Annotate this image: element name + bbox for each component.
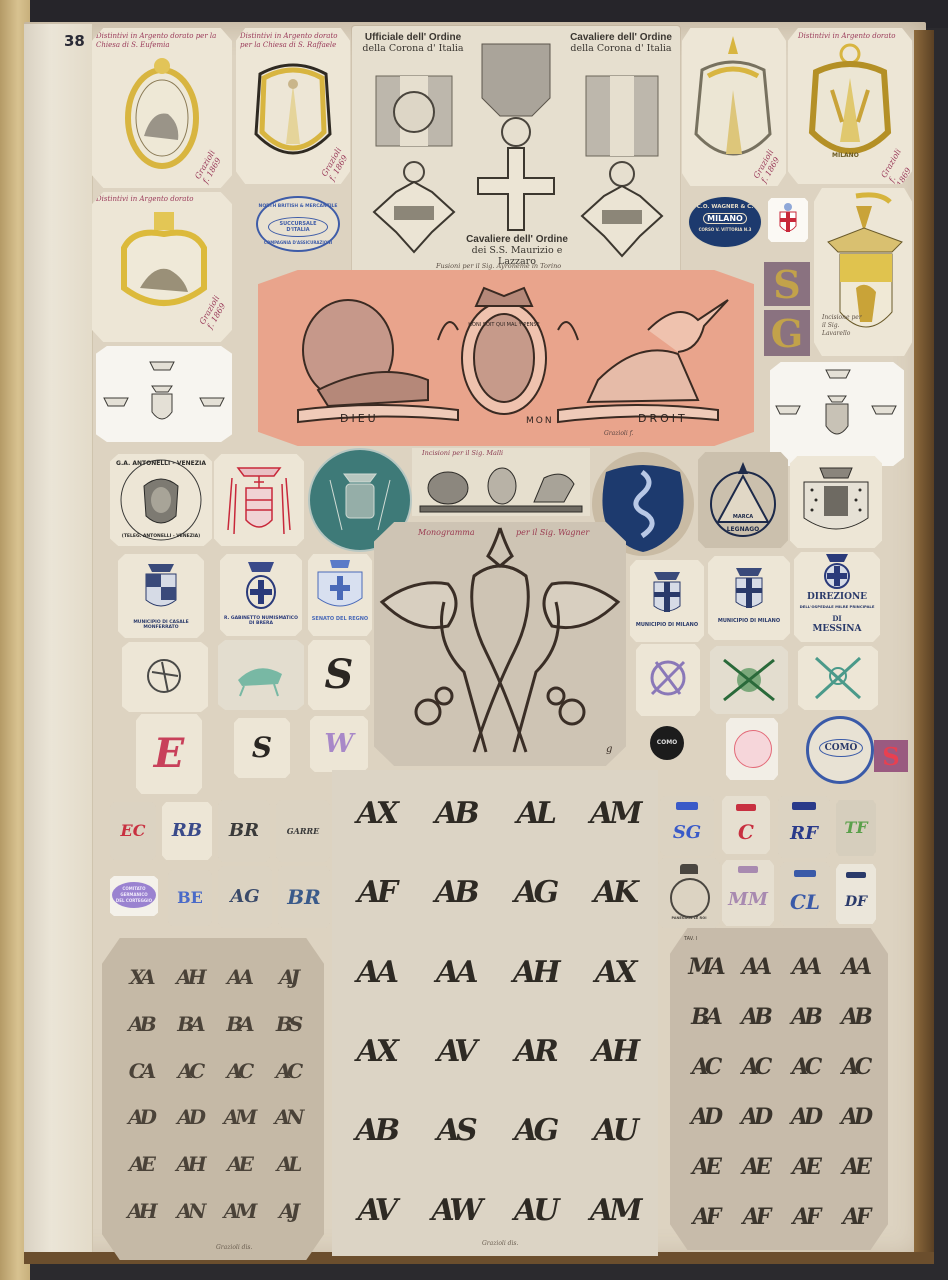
initial-letter: S [773, 262, 800, 307]
badge-card-rest: Distintivi in Argento dorato Grazioli f.… [92, 192, 232, 342]
initial-letter: G [771, 311, 803, 356]
monogram-sheet-right: TAV. I MAAAAAAABAABABABACACACACADADADADA… [670, 928, 888, 1250]
order-saints-maurice-lazarus-medal-icon [468, 42, 564, 238]
medal-center-title-line1: Cavaliere dell' Ordine [452, 234, 582, 245]
monogram-cell: AA [830, 942, 880, 992]
crowned-monogram-card: C [722, 796, 770, 854]
teal-crossed-monogram-icon [798, 646, 878, 710]
monogram-cell: AB [830, 992, 880, 1042]
monogram-cell: AA [336, 933, 416, 1012]
small-black-monogram-card: S [234, 718, 290, 778]
monogram-cell: AB [416, 853, 496, 932]
seal-line-3: DEL CORTEGGIO [112, 898, 156, 904]
monogram-cell: AV [416, 1012, 496, 1091]
handwritten-note: Distintivi in Argento dorato [798, 32, 895, 40]
s-monogram-card: S [308, 640, 370, 710]
monogram-cell: AF [680, 1192, 730, 1242]
crowned-monogram-card: DF [836, 864, 876, 924]
monogram-sheet-left: XAAHAAAJABBABABSCAACACACADADAMANAEAHAEAL… [102, 938, 324, 1260]
violet-wg-monogram-card: W [310, 716, 368, 772]
order-crown-italy-knight-medal-icon [574, 72, 670, 268]
seal-line-2: SUCCURSALE D'ITALIA [268, 217, 328, 237]
seal-line-1: C.O. WAGNER & C. [689, 204, 761, 210]
monogram-cell: AS [416, 1091, 496, 1170]
seal-ring-text: MUNICIPIO DI CASALE MONFERRATO [120, 620, 202, 630]
red-cross-shield-icon [768, 198, 808, 242]
handwritten-note: Fusioni per il Sig. Ayroneme in Torino [436, 262, 561, 270]
monogram-cell: AH [495, 933, 575, 1012]
engraver-signature: Grazioli f. [604, 430, 634, 437]
ermine-arms-icon [790, 456, 882, 548]
seal-line-1: NORTH BRITISH & MERCANTILE [258, 204, 338, 209]
crown-icon [846, 872, 866, 878]
seal-ring-text: SENATO DEL REGNO [308, 616, 372, 622]
monogram-cell: AM [575, 1171, 655, 1250]
monogram-cell: AF [780, 1192, 830, 1242]
casale-monferrato-seal-card: MUNICIPIO DI CASALE MONFERRATO [118, 554, 204, 638]
motto-mon: MON [526, 416, 554, 426]
monogram-cell: AL [263, 1141, 312, 1188]
monogram-letters: EC [110, 802, 156, 860]
red-ec-monogram-card: E [136, 714, 202, 794]
legnago-seal-card: MARCA LEGNAGO [698, 452, 788, 548]
crowned-monogram-card: CL [780, 862, 830, 926]
monogram-cell: AA [416, 933, 496, 1012]
monogram-cell: AD [116, 1094, 165, 1141]
monogram-cell: AM [214, 1094, 263, 1141]
gilded-angel-badge-icon [250, 54, 336, 174]
monogram-cell: AH [165, 954, 214, 1001]
crowns-label-right [770, 362, 904, 466]
crown-icon [738, 866, 758, 873]
monogram-letter: S [234, 718, 290, 778]
monogram-letters: BE [168, 870, 212, 926]
monogram-cell: AF [336, 853, 416, 932]
green-monogram-card: TF [836, 800, 876, 856]
tiny-monogram-card: BR [278, 866, 330, 928]
s-stamp-red: S [874, 740, 908, 772]
messina-line-1: DIREZIONE [794, 592, 880, 602]
motto-dieu: DIEU [340, 412, 379, 425]
monogram-cell: AE [214, 1141, 263, 1188]
medallion-text: MILANO [832, 152, 859, 159]
red-ring-seal [734, 730, 772, 768]
monogram-grid: XAAHAAAJABBABABSCAACACACADADAMANAEAHAEAL… [116, 954, 312, 1234]
monogram-cell: AB [336, 1091, 416, 1170]
monogram-cell: AC [263, 1047, 312, 1094]
crowns-and-shield-icon [770, 362, 904, 466]
corner-letter: g [606, 744, 612, 755]
medal-left-title-line1: Ufficiale dell' Ordine [358, 32, 468, 43]
brera-seal-card: R. GABINETTO NUMISMATICO DI BRERA [220, 554, 302, 636]
wagner-seal: C.O. WAGNER & C. MILANO CORSO V. VITTORI… [688, 196, 762, 248]
antonelli-seal-icon [110, 454, 212, 546]
horse-monogram-card [122, 642, 208, 712]
garter-motto: HONI SOIT QUI MAL Y PENSE [462, 322, 546, 328]
tiny-monogram-card: AG [218, 866, 272, 928]
large-ornate-monogram-icon [374, 522, 626, 766]
violet-monogram-card [636, 644, 700, 716]
cardinal-arms-card [214, 454, 304, 546]
senate-arms-blue-icon [308, 554, 372, 636]
messina-line-2: DELL'OSPEDALE MILRE PRINCIPALE [794, 604, 880, 609]
monogram-cell: AA [780, 942, 830, 992]
tiny-monogram-card: GARRE [276, 800, 330, 862]
seal-line-3: COMPAGNIA D'ASSICURAZIONI [258, 240, 338, 245]
senato-regno-seal-card: SENATO DEL REGNO [308, 554, 372, 636]
crowned-ring-seal-card: PANEGIRIS LE ROI [658, 858, 720, 928]
monogram-cell: MA [680, 942, 730, 992]
handwritten-note: Incisioni per il Sig. Malli [422, 449, 503, 457]
green-crossed-monogram-card [710, 646, 788, 714]
monogram-letter: S [308, 640, 370, 710]
ring-seal [670, 878, 710, 918]
tiny-monogram-card: BR [218, 800, 270, 862]
crowns-label-left [96, 346, 232, 442]
savoy-crown-shield-icon [794, 552, 880, 592]
heraldic-crest-card: Incisione per il Sig. Lavarello [814, 188, 912, 356]
monogram-cell: AF [830, 1192, 880, 1242]
monogram-cell: AK [575, 853, 655, 932]
badge-card-papal-angel: Grazioli f. 1869 [682, 28, 786, 186]
monogram-cell: AH [575, 1012, 655, 1091]
monogram-letters: TF [836, 800, 876, 856]
milan-crowned-shield-icon [708, 556, 790, 640]
monogram-cell: AX [575, 933, 655, 1012]
tiny-monogram-card: RB [162, 802, 212, 860]
medal-right-title: Cavaliere dell' Ordine della Corona d' I… [562, 32, 680, 54]
monogram-cell: AE [830, 1142, 880, 1192]
monogram-cell: AU [495, 1171, 575, 1250]
monogram-cell: AM [575, 774, 655, 853]
badge-card-s-eufemia: Distintivi in Argento dorato per la Chie… [92, 28, 232, 188]
legnago-band: MARCA [730, 514, 756, 520]
violet-oval-seal: COMITATO GERMANICO DEL CORTEGGIO [112, 882, 156, 908]
medal-right-title-line2: della Corona d' Italia [562, 43, 680, 54]
teal-crossed-monogram-card [798, 646, 878, 710]
monogram-letters: RB [162, 802, 212, 860]
gilded-cartouche-icon [114, 208, 214, 320]
badge-card-s-raffaele: Distintivi in Argento dorato per la Chie… [236, 28, 350, 184]
monogram-cell: AN [165, 1187, 214, 1234]
stamp-letter: S [882, 742, 899, 771]
tiny-monogram-card: BE [168, 870, 212, 926]
monogram-cell: AA [214, 954, 263, 1001]
initial-s-stamp: S [764, 262, 810, 306]
page-number: 38 [64, 32, 85, 50]
monogram-cell: AX [336, 774, 416, 853]
monogram-cell: AC [830, 1042, 880, 1092]
messina-line-4: MESSINA [794, 624, 880, 634]
monogram-cell: AE [780, 1142, 830, 1192]
monogram-cell: AE [730, 1142, 780, 1192]
messina-line-3: DI [794, 614, 880, 623]
seal-sub-text: (TELEG. ANTONELLI - VENEZIA) [114, 534, 208, 539]
crowned-monogram-card: SG [660, 796, 714, 856]
monogram-cell: AE [116, 1141, 165, 1188]
monogram-cell: AB [780, 992, 830, 1042]
monogram-letters: GARRE [276, 800, 330, 862]
violet-monogram-icon [636, 644, 700, 716]
milan-crowned-shield-icon [630, 560, 704, 642]
banca-popolare-red-seal-card [726, 718, 778, 780]
monogram-grid: AXABALAMAFABAGAKAAAAAHAXAXAVARAHABASAGAU… [336, 774, 654, 1250]
banca-popolare-black-seal: COMO [650, 726, 684, 760]
sheet-signature: Grazioli dis. [482, 1240, 518, 1247]
green-crossed-monogram-icon [710, 646, 788, 714]
monogram-cell: AU [575, 1091, 655, 1170]
wagner-monogram-sheet: Monogramma per il Sig. Wagner g [374, 522, 626, 766]
monogram-letters: BR [278, 866, 330, 928]
monogram-cell: AC [165, 1047, 214, 1094]
monogram-cell: AD [830, 1092, 880, 1142]
seal-ring-text: R. GABINETTO NUMISMATICO DI BRERA [222, 616, 300, 626]
monogram-cell: AC [780, 1042, 830, 1092]
monogram-cell: AJ [263, 1187, 312, 1234]
green-horse-icon [218, 640, 304, 710]
monogram-cell: AD [730, 1092, 780, 1142]
monogram-cell: AC [214, 1047, 263, 1094]
legnago-town: LEGNAGO [720, 526, 766, 533]
crown-icon [792, 802, 816, 810]
ermine-arms-card [790, 456, 882, 548]
crowned-monogram-card: MM [722, 860, 774, 926]
monogram-letter: W [310, 716, 368, 772]
cardinal-arms-red-icon [214, 454, 304, 546]
antonelli-seal-card: G.A. ANTONELLI - VENEZIA (TELEG. ANTONEL… [110, 454, 212, 546]
monogram-letters: AG [218, 866, 272, 928]
crown-icon [736, 804, 756, 811]
medals-plate: Ufficiale dell' Ordine della Corona d' I… [352, 26, 680, 274]
seal-center: COMO [819, 739, 863, 757]
page-gutter [24, 24, 93, 1260]
monogram-cell: AR [495, 1012, 575, 1091]
monogram-sheet-center: AXABALAMAFABAGAKAAAAAHAXAXAVARAHABASAGAU… [332, 770, 658, 1256]
monogram-cell: BA [165, 1001, 214, 1048]
messina-hospital-seal-card: DIREZIONE DELL'OSPEDALE MILRE PRINCIPALE… [794, 552, 880, 642]
seal-ring-text: MUNICIPIO DI MILANO [708, 618, 790, 624]
monogram-cell: AA [730, 942, 780, 992]
medal-left-title: Ufficiale dell' Ordine della Corona d' I… [358, 32, 468, 54]
handwritten-note: Incisione per il Sig. Lavarello [822, 314, 862, 338]
royal-arms-engraving: DIEU MON DROIT HONI SOIT QUI MAL Y PENSE… [258, 270, 754, 446]
monogram-cell: AD [165, 1094, 214, 1141]
monogram-cell: AD [680, 1092, 730, 1142]
badge-card-milano-angel: Distintivi in Argento dorato MILANO Graz… [788, 28, 912, 184]
medal-left-title-line2: della Corona d' Italia [358, 43, 468, 54]
monogram-cell: XA [116, 954, 165, 1001]
handwritten-note: Distintivi in Argento dorato per la Chie… [240, 32, 348, 50]
fasola-como-seal: COMO [806, 716, 874, 784]
insurance-company-seal: NORTH BRITISH & MERCANTILE SUCCURSALE D'… [256, 196, 340, 252]
monogram-cell: AD [780, 1092, 830, 1142]
tiny-monogram-card: EC [110, 802, 156, 860]
green-horse-card [218, 640, 304, 710]
monogram-cell: AX [336, 1012, 416, 1091]
monogram-cell: AH [116, 1187, 165, 1234]
horse-monogram-icon [122, 642, 208, 712]
monogram-letters: BR [218, 800, 270, 862]
monogram-cell: AB [730, 992, 780, 1042]
monogram-cell: BS [263, 1001, 312, 1048]
monogram-cell: AC [730, 1042, 780, 1092]
handwritten-note: Distintivi in Argento dorato per la Chie… [96, 32, 230, 50]
monogram-cell: AV [336, 1171, 416, 1250]
medal-right-title-line1: Cavaliere dell' Ordine [562, 32, 680, 43]
monogram-cell: AL [495, 774, 575, 853]
monogram-cell: AW [416, 1171, 496, 1250]
monogram-cell: AB [416, 774, 496, 853]
lion-unicorn-small-icon [414, 458, 588, 516]
seal-ring-text: MUNICIPIO DI MILANO [630, 622, 704, 628]
gilded-badge-icon [122, 54, 202, 174]
monogram-cell: AG [495, 1091, 575, 1170]
monogram-cell: AN [263, 1094, 312, 1141]
crowned-monogram-card: RF [778, 796, 830, 858]
milano-seal-card-1: MUNICIPIO DI MILANO [630, 560, 704, 642]
book-cover-right-edge [914, 30, 934, 1260]
monogram-cell: BA [680, 992, 730, 1042]
comitato-violet-seal-card: COMITATO GERMANICO DEL CORTEGGIO [110, 876, 158, 916]
seal-center: COMO [650, 726, 684, 760]
monogram-grid: MAAAAAAABAABABABACACACACADADADADAEAEAEAE… [680, 942, 880, 1242]
crown-icon [680, 864, 698, 874]
seal-line-3: CORSO V. VITTORIA N.3 [689, 227, 761, 232]
crowns-and-shield-icon [96, 346, 232, 442]
seal-ring-text: G.A. ANTONELLI - VENEZIA [112, 460, 210, 467]
monogram-cell: AJ [263, 954, 312, 1001]
milano-seal-card-2: MUNICIPIO DI MILANO [708, 556, 790, 640]
sheet-signature: Grazioli dis. [216, 1244, 252, 1251]
small-arms-engraving-card: Incisioni per il Sig. Malli [412, 448, 590, 516]
handwritten-note: Distintivi in Argento dorato [96, 195, 193, 203]
seal-line-2: MILANO [703, 213, 747, 224]
monogram-cell: AM [214, 1187, 263, 1234]
monogram-cell: AF [730, 1192, 780, 1242]
crown-icon [794, 870, 816, 877]
monogram-cell: CA [116, 1047, 165, 1094]
monogram-cell: AH [165, 1141, 214, 1188]
seal-ring-text: PANEGIRIS LE ROI [658, 916, 720, 920]
monogram-cell: AB [116, 1001, 165, 1048]
monogram-cell: BA [214, 1001, 263, 1048]
milan-cross-label [768, 198, 808, 242]
monogram-letter: E [136, 714, 202, 794]
order-crown-italy-officer-medal-icon [366, 72, 462, 268]
legnago-seal-icon [698, 452, 788, 548]
crown-icon [676, 802, 698, 810]
motto-droit: DROIT [638, 412, 688, 425]
monogram-cell: AG [495, 853, 575, 932]
monogram-cell: AC [680, 1042, 730, 1092]
monogram-cell: AE [680, 1142, 730, 1192]
initial-g-stamp: G [764, 310, 810, 356]
